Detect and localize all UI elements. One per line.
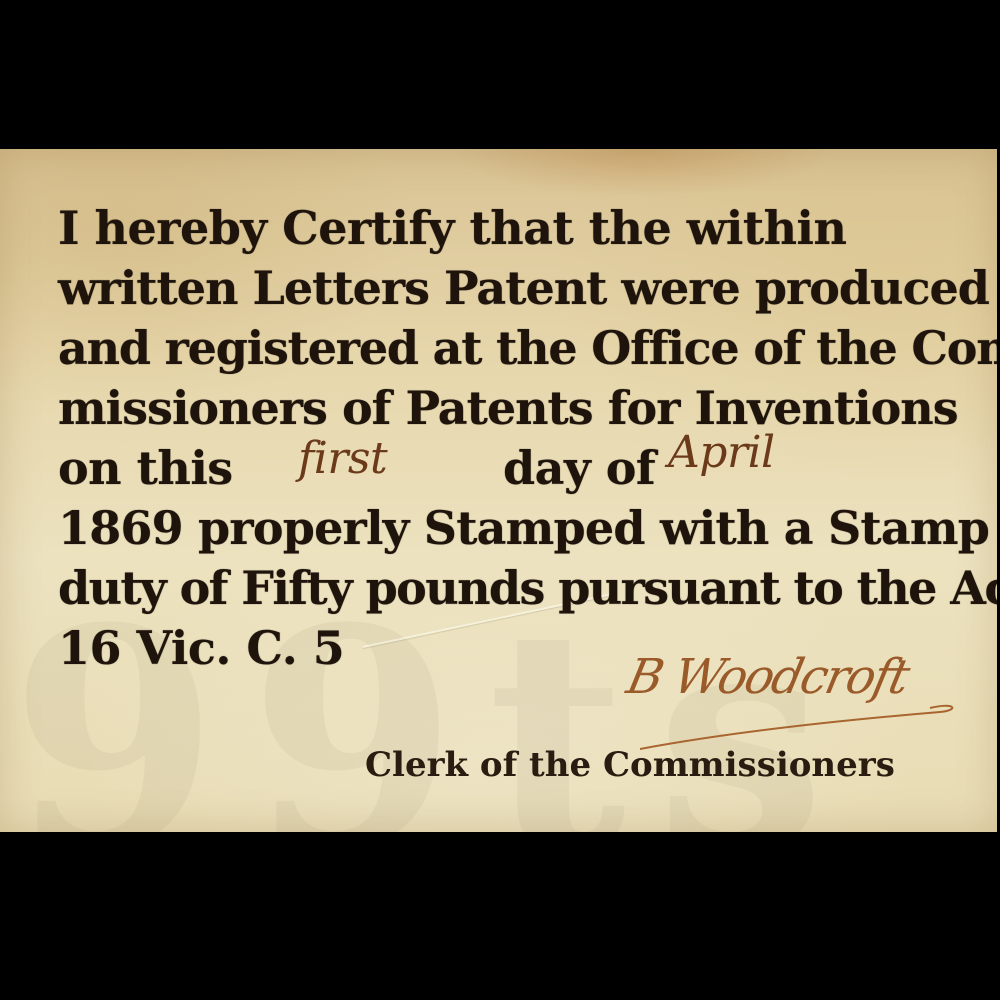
certificate-line-3: and registered at the Office of the Com- bbox=[58, 325, 997, 371]
certificate-line-4: missioners of Patents for Inventions bbox=[58, 385, 958, 431]
certificate-line-6: 1869 properly Stamped with a Stamp bbox=[58, 505, 989, 551]
signatory-title: Clerk of the Commissioners bbox=[365, 745, 895, 785]
handwritten-month: April bbox=[668, 431, 775, 475]
certificate-line-8: 16 Vic. C. 5 bbox=[58, 625, 344, 671]
certificate-line-2: written Letters Patent were produced bbox=[58, 265, 989, 311]
handwritten-day: first bbox=[298, 437, 387, 481]
certificate-line-1: I hereby Certify that the within bbox=[58, 205, 846, 251]
photo-frame: 99ts I hereby Certify that the within wr… bbox=[0, 0, 1000, 1000]
day-of-text: day of bbox=[503, 445, 655, 491]
parchment-document: 99ts I hereby Certify that the within wr… bbox=[0, 149, 997, 832]
certificate-line-7: duty of Fifty pounds pursuant to the Act bbox=[58, 565, 997, 611]
signature: B Woodcroft bbox=[622, 649, 913, 705]
on-this-text: on this bbox=[58, 445, 233, 491]
